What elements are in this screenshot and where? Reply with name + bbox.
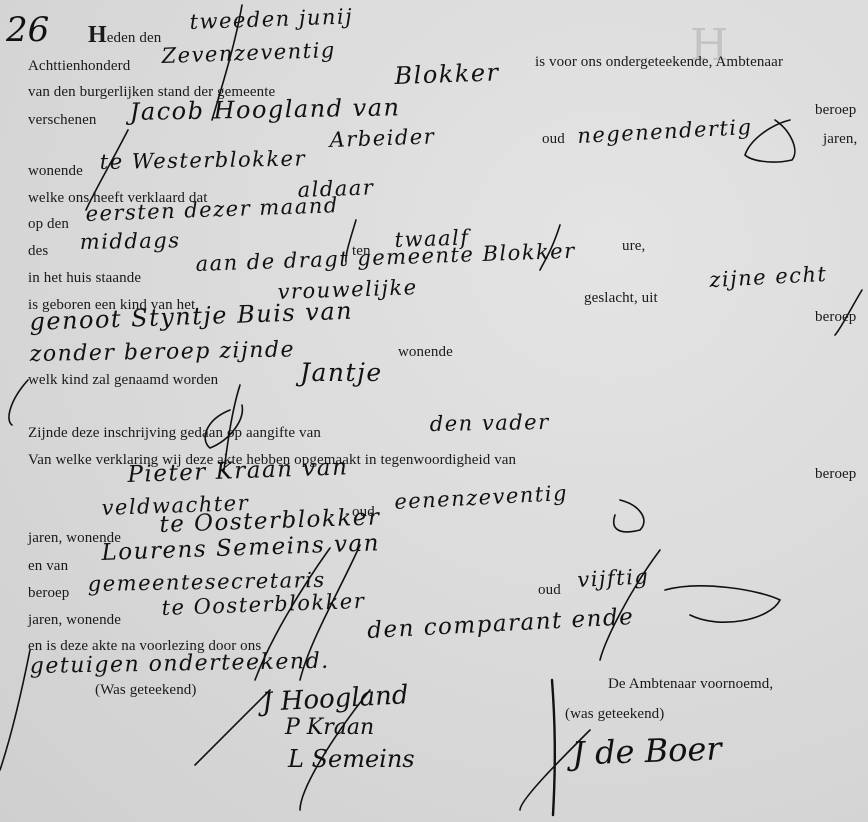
printed-is-voor-ons: is voor ons ondergeteekende, Ambtenaar (535, 54, 783, 71)
printed-wonende-1: wonende (28, 163, 83, 180)
record-number: 26 (6, 10, 49, 50)
handwritten-child-name: Jantje (300, 358, 383, 387)
handwritten-witness-1-age: eenenzeventig (394, 481, 569, 514)
handwritten-declarant-residence: te Westerblokker (100, 146, 307, 174)
handwritten-municipality: Blokker (394, 58, 500, 90)
printed-geslacht-uit: geslacht, uit (584, 290, 658, 307)
brace-line (552, 680, 555, 815)
printed-was-geteekend-1: (Was geteekend) (95, 682, 197, 699)
printed-zijnde: Zijnde deze inschrijving gedaan op aangi… (28, 425, 321, 442)
handwritten-witness-2: Lourens Semeins van (101, 530, 380, 566)
printed-de-ambtenaar: De Ambtenaar voornoemd, (608, 676, 773, 693)
printed-wonende-2: wonende (398, 344, 453, 361)
printed-welk-kind: welk kind zal genaamd worden (28, 372, 218, 389)
printed-jaren-wonende-2: jaren, wonende (28, 612, 121, 629)
civil-record-page: H 26 Heden den tweeden junij Achttienhon… (0, 0, 868, 822)
printed-in-het-huis: in het huis staande (28, 270, 141, 287)
signature-hoogland: J Hoogland (261, 680, 409, 718)
printed-op-den: op den (28, 216, 69, 233)
handwritten-marriage: zijne echt (709, 262, 828, 292)
handwritten-mother-occupation: zonder beroep zijnde (30, 337, 296, 367)
signature-official: J de Boer (571, 729, 722, 772)
printed-was-geteekend-2: (was geteekend) (565, 706, 664, 723)
printed-beroep-3: beroep (815, 466, 856, 483)
handwritten-declarant-occupation: Arbeider (329, 124, 435, 152)
printed-beroep-4: beroep (28, 585, 69, 602)
printed-oud-1: oud (542, 131, 565, 148)
handwritten-witness-2-age: vijftig (577, 564, 650, 592)
handwritten-signed-by-2: getuigen onderteekend. (30, 649, 330, 679)
printed-oud-3: oud (538, 582, 561, 599)
drop-cap: H (88, 22, 107, 48)
signature-kraan: P Kraan (285, 715, 374, 740)
handwritten-house: aan de dragt gemeente Blokker (195, 239, 576, 276)
handwritten-declarant: Jacob Hoogland van (130, 93, 401, 126)
printed-beroep-1: beroep (815, 102, 856, 119)
handwritten-informant: den vader (430, 410, 550, 436)
printed-en-van: en van (28, 558, 68, 575)
handwritten-declarant-age: negenendertig (577, 115, 753, 148)
printed-ure: ure, (622, 238, 645, 255)
handwritten-time-of-day: middags (80, 228, 181, 254)
handwritten-date-day: tweeden junij (189, 4, 353, 34)
printed-achttienhonderd: Achttienhonderd (28, 58, 130, 75)
printed-jaren-1: jaren, (823, 131, 857, 148)
printed-verschenen: verschenen (28, 112, 96, 129)
printed-beroep-2: beroep (815, 309, 856, 326)
printed-des: des (28, 243, 48, 260)
printed-heden-den: Heden den (88, 22, 161, 49)
handwritten-year: Zevenzeventig (161, 38, 336, 68)
handwritten-signed-by: den comparant ende (367, 604, 635, 644)
signature-semeins: L Semeins (288, 745, 415, 773)
